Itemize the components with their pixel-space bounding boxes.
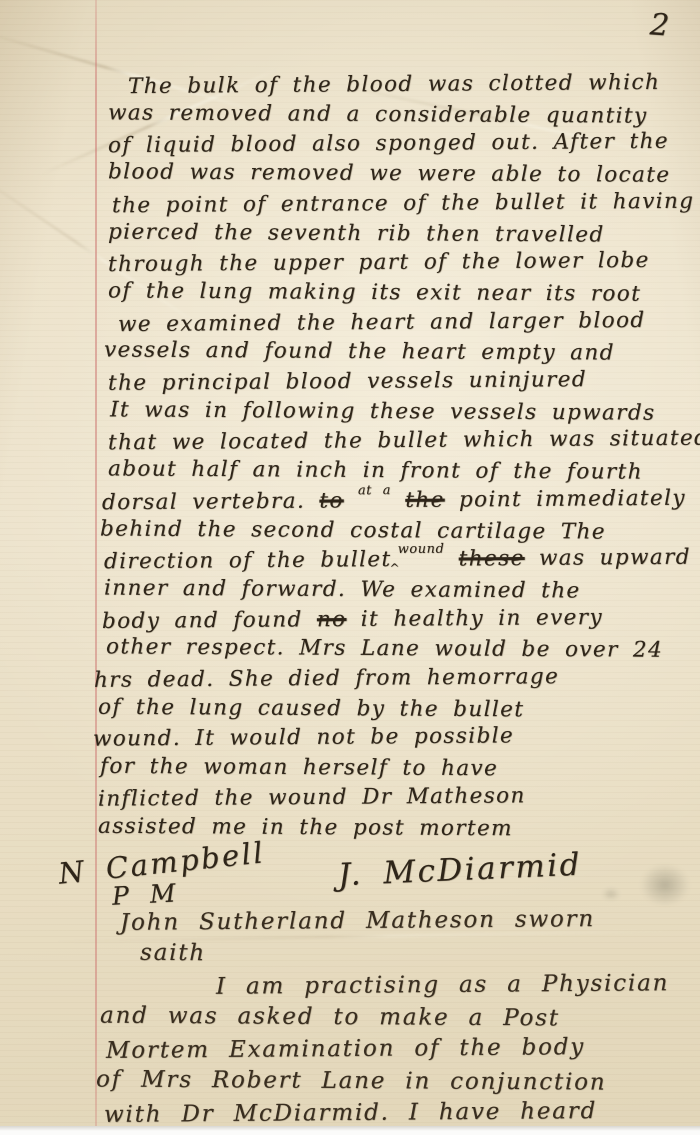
manuscript-line: I am practising as a Physician (216, 970, 669, 1004)
text-segment: assisted me in the post mortem (98, 813, 513, 841)
text-segment (391, 488, 405, 513)
manuscript-line: for the woman herself to have (100, 754, 498, 786)
manuscript-line: The bulk of the blood was clotted which (128, 70, 660, 104)
margin-rule-line (95, 0, 97, 1126)
paper-sheet: 2 The bulk of the blood was clotted whic… (0, 0, 700, 1126)
text-segment: of liquid blood also sponged out. After … (108, 129, 669, 158)
manuscript-line: wound. It would not be possible (93, 724, 514, 757)
manuscript-line: the principal blood vessels uninjured (108, 367, 587, 401)
manuscript-scan: 2 The bulk of the blood was clotted whic… (0, 0, 700, 1135)
text-segment-caret: ^ (390, 561, 401, 575)
signature-right: J. McDiarmid (337, 847, 582, 894)
ink-smudge (598, 885, 624, 903)
text-segment (344, 488, 358, 513)
text-segment: pierced the seventh rib then travelled (108, 219, 605, 247)
manuscript-line: assisted me in the post mortem (98, 813, 513, 846)
text-segment-struck: these (459, 546, 525, 572)
text-segment-struck: the (405, 487, 445, 512)
text-segment: hrs dead. She died from hemorrage (94, 664, 559, 693)
text-segment: for the woman herself to have (100, 754, 498, 781)
text-segment: and was asked to make a Post (100, 1003, 560, 1032)
text-segment: vessels and found the heart empty and (104, 338, 615, 366)
manuscript-line: Mortem Examination of the body (106, 1034, 585, 1068)
scan-backdrop (0, 1126, 700, 1135)
text-segment-struck: no (317, 607, 347, 632)
text-segment: inflicted the wound Dr Matheson (98, 783, 526, 811)
manuscript-line: It was in following these vessels upward… (110, 397, 656, 430)
text-segment: point immediately (445, 486, 686, 513)
manuscript-line: other respect. Mrs Lane would be over 24 (106, 635, 663, 668)
text-segment: of Mrs Robert Lane in conjunction (96, 1066, 607, 1095)
text-segment: dorsal vertebra. (102, 488, 320, 515)
text-segment: was removed and a considerable quantity (108, 100, 648, 128)
manuscript-line: vessels and found the heart empty and (104, 338, 615, 371)
text-segment: saith (140, 940, 206, 966)
text-segment: wound. It would not be possible (93, 724, 514, 752)
text-segment: with Dr McDiarmid. I have heard (104, 1098, 597, 1128)
manuscript-line: hrs dead. She died from hemorrage (94, 664, 559, 698)
text-segment: through the upper part of the lower lobe (108, 248, 650, 277)
page-number: 2 (649, 7, 670, 43)
text-segment-insert: at a (358, 483, 391, 498)
manuscript-line: inner and forward. We examined the (104, 575, 581, 608)
manuscript-line: we examined the heart and larger blood (118, 308, 646, 342)
text-segment: the principal blood vessels uninjured (108, 367, 587, 396)
manuscript-line: pierced the seventh rib then travelled (108, 219, 605, 252)
text-segment: John Sutherland Matheson sworn (120, 906, 595, 936)
manuscript-line: of the lung making its exit near its roo… (108, 278, 641, 311)
text-segment: of the lung making its exit near its roo… (108, 278, 641, 306)
ink-smudge (630, 855, 700, 915)
text-segment-insert: wound (398, 542, 445, 557)
text-segment: that we located the bullet which was sit… (108, 426, 700, 456)
manuscript-line: and was asked to make a Post (100, 1003, 560, 1036)
manuscript-line: through the upper part of the lower lobe (108, 248, 650, 282)
manuscript-line: John Sutherland Matheson sworn (120, 906, 595, 940)
manuscript-line: behind the second costal cartilage The (100, 516, 606, 549)
text-segment: The bulk of the blood was clotted which (128, 70, 660, 99)
text-segment: was upward (525, 545, 691, 571)
text-segment: behind the second costal cartilage The (100, 516, 606, 544)
text-segment: other respect. Mrs Lane would be over 24 (106, 635, 663, 663)
text-segment: inner and forward. We examined the (104, 575, 581, 603)
manuscript-line: of Mrs Robert Lane in conjunction (96, 1066, 607, 1099)
manuscript-line: of the lung caused by the bullet (98, 694, 525, 727)
manuscript-line: that we located the bullet which was sit… (108, 426, 700, 461)
manuscript-line: saith (140, 940, 206, 970)
manuscript-line: inflicted the wound Dr Matheson (98, 783, 526, 816)
manuscript-line: dorsal vertebra. to at a the point immed… (102, 486, 686, 521)
text-segment: blood was removed we were able to locate (108, 159, 671, 187)
text-segment: body and found (102, 607, 317, 634)
text-segment-struck: to (319, 488, 344, 513)
text-segment: I am practising as a Physician (216, 970, 669, 1000)
manuscript-line: was removed and a considerable quantity (108, 100, 648, 133)
text-segment: about half an inch in front of the fourt… (108, 456, 643, 484)
text-segment: direction of the bullet (104, 547, 392, 574)
text-segment: we examined the heart and larger blood (118, 308, 646, 337)
text-segment: the point of entrance of the bullet it h… (112, 189, 695, 219)
signature-left-title: P M (111, 878, 178, 910)
manuscript-line: blood was removed we were able to locate (108, 159, 671, 192)
text-segment: It was in following these vessels upward… (110, 397, 656, 425)
manuscript-line: the point of entrance of the bullet it h… (112, 189, 695, 224)
manuscript-line: direction of the bullet^wound these was … (104, 545, 691, 580)
manuscript-line: body and found no it healthy in every (102, 605, 603, 639)
text-segment (444, 547, 458, 572)
text-segment: Mortem Examination of the body (106, 1034, 585, 1064)
manuscript-line: of liquid blood also sponged out. After … (108, 129, 669, 163)
text-segment: it healthy in every (346, 605, 603, 632)
text-segment: of the lung caused by the bullet (98, 694, 524, 722)
